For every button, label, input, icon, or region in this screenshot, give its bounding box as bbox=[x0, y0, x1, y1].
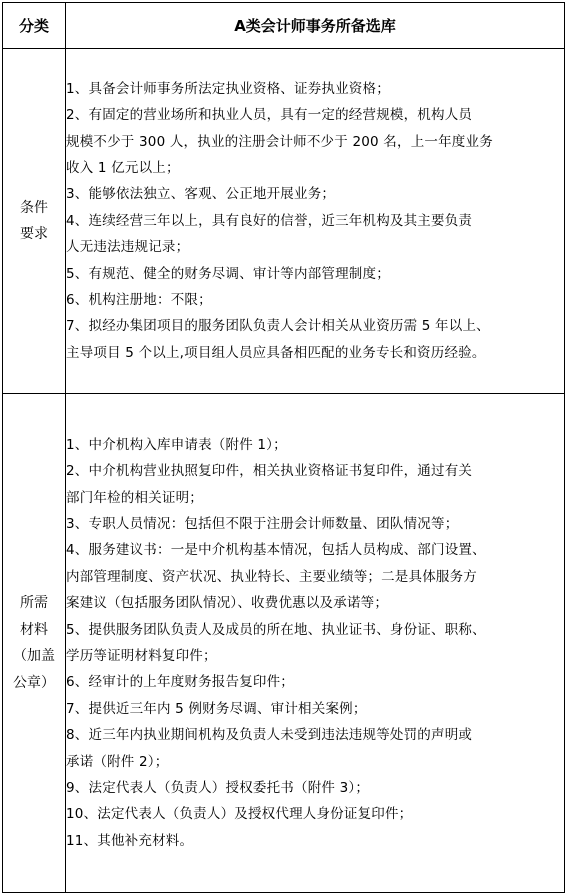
text-line: 8、近三年内执业期间机构及负责人未受到违法违规等处罚的声明或 bbox=[66, 722, 564, 748]
text-line: 2、有固定的营业场所和执业人员，具有一定的经营规模，机构人员 bbox=[66, 102, 564, 128]
requirements-table: 分类 A类会计师事务所备选库 条件 要求 1、具备会计师事务所法定执业资格、证券… bbox=[2, 2, 565, 893]
text-line: 7、拟经办集团项目的服务团队负责人会计相关从业资历需 5 年以上、 bbox=[66, 313, 564, 339]
text-line: 1、具备会计师事务所法定执业资格、证券执业资格； bbox=[66, 76, 564, 102]
text-line: 收入 1 亿元以上； bbox=[66, 155, 564, 181]
materials-row: 所需 材料 （加盖 公章） 1、中介机构入库申请表（附件 1）； 2、中介机构营… bbox=[3, 394, 565, 893]
text-line: 4、连续经营三年以上，具有良好的信誉，近三年机构及其主要负责 bbox=[66, 208, 564, 234]
text-line: 内部管理制度、资产状况、执业特长、主要业绩等；二是具体服务方 bbox=[66, 564, 564, 590]
text-line: 5、提供服务团队负责人及成员的所在地、执业证书、身份证、职称、 bbox=[66, 617, 564, 643]
label-line: 要求 bbox=[3, 221, 65, 248]
text-line: 6、机构注册地：不限； bbox=[66, 287, 564, 313]
text-line: 3、能够依法独立、客观、公正地开展业务； bbox=[66, 181, 564, 207]
text-line: 主导项目 5 个以上,项目组人员应具备相匹配的业务专长和资历经验。 bbox=[66, 340, 564, 366]
label-line: 材料 bbox=[3, 617, 65, 644]
label-line: 条件 bbox=[3, 195, 65, 222]
text-line: 5、有规范、健全的财务尽调、审计等内部管理制度； bbox=[66, 261, 564, 287]
text-line: 9、法定代表人（负责人）授权委托书（附件 3）； bbox=[66, 775, 564, 801]
header-category: 分类 bbox=[3, 3, 66, 49]
label-line: 公章） bbox=[3, 670, 65, 697]
label-line: （加盖 bbox=[3, 643, 65, 670]
text-line: 承诺（附件 2）； bbox=[66, 749, 564, 775]
text-line: 2、中介机构营业执照复印件，相关执业资格证书复印件，通过有关 bbox=[66, 458, 564, 484]
conditions-content: 1、具备会计师事务所法定执业资格、证券执业资格； 2、有固定的营业场所和执业人员… bbox=[66, 49, 565, 394]
header-row: 分类 A类会计师事务所备选库 bbox=[3, 3, 565, 49]
text-line: 3、专职人员情况：包括但不限于注册会计师数量、团队情况等； bbox=[66, 511, 564, 537]
text-line: 案建议（包括服务团队情况）、收费优惠以及承诺等； bbox=[66, 590, 564, 616]
text-line: 学历等证明材料复印件； bbox=[66, 643, 564, 669]
conditions-label: 条件 要求 bbox=[3, 49, 66, 394]
text-line: 10、法定代表人（负责人）及授权代理人身份证复印件； bbox=[66, 801, 564, 827]
conditions-row: 条件 要求 1、具备会计师事务所法定执业资格、证券执业资格； 2、有固定的营业场… bbox=[3, 49, 565, 394]
text-line: 11、其他补充材料。 bbox=[66, 828, 564, 854]
text-line: 规模不少于 300 人，执业的注册会计师不少于 200 名，上一年度业务 bbox=[66, 129, 564, 155]
header-title: A类会计师事务所备选库 bbox=[66, 3, 565, 49]
text-line: 6、经审计的上年度财务报告复印件； bbox=[66, 669, 564, 695]
materials-content: 1、中介机构入库申请表（附件 1）； 2、中介机构营业执照复印件，相关执业资格证… bbox=[66, 394, 565, 893]
materials-label: 所需 材料 （加盖 公章） bbox=[3, 394, 66, 893]
label-line: 所需 bbox=[3, 590, 65, 617]
text-line: 人无违法违规记录； bbox=[66, 234, 564, 260]
text-line: 4、服务建议书：一是中介机构基本情况，包括人员构成、部门设置、 bbox=[66, 537, 564, 563]
text-line: 1、中介机构入库申请表（附件 1）； bbox=[66, 432, 564, 458]
text-line: 部门年检的相关证明； bbox=[66, 485, 564, 511]
text-line: 7、提供近三年内 5 例财务尽调、审计相关案例； bbox=[66, 696, 564, 722]
